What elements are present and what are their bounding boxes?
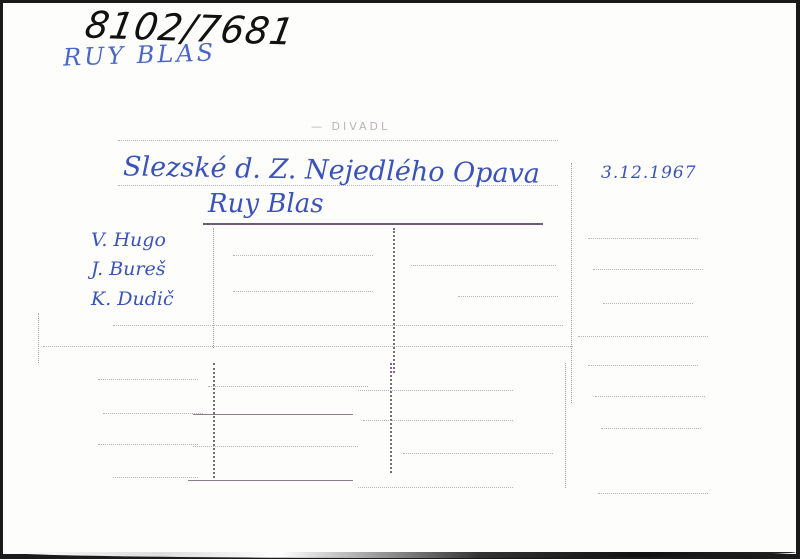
form-rule bbox=[363, 420, 513, 421]
form-rule bbox=[208, 386, 368, 387]
pencil-title: RUY BLAS bbox=[63, 38, 217, 71]
form-rule bbox=[43, 346, 573, 347]
form-rule bbox=[233, 255, 373, 256]
form-rule bbox=[98, 444, 198, 445]
form-column-rule bbox=[390, 363, 392, 473]
printed-form-header: — DIVADL bbox=[181, 120, 390, 133]
form-rule bbox=[203, 223, 543, 225]
form-rule bbox=[593, 269, 703, 270]
form-rule bbox=[98, 379, 198, 380]
form-rule bbox=[118, 140, 558, 141]
form-column-rule bbox=[38, 313, 39, 363]
form-column-rule bbox=[213, 228, 214, 348]
form-rule bbox=[403, 453, 553, 454]
form-rule bbox=[113, 325, 563, 326]
premiere-date: 3.12.1967 bbox=[601, 163, 697, 183]
form-rule bbox=[358, 487, 513, 488]
printed-header-text: — DIVADL bbox=[311, 120, 390, 133]
credit-director: J. Bureš bbox=[91, 258, 166, 280]
play-title: Ruy Blas bbox=[208, 189, 324, 219]
form-rule bbox=[588, 238, 698, 239]
form-rule bbox=[193, 446, 358, 447]
form-column-rule bbox=[565, 363, 566, 488]
form-rule bbox=[458, 296, 558, 297]
form-rule bbox=[188, 480, 353, 481]
form-rule bbox=[603, 303, 693, 304]
credit-author: V. Hugo bbox=[91, 229, 166, 251]
form-rule bbox=[358, 390, 513, 391]
form-rule bbox=[193, 414, 353, 415]
credit-designer: K. Dudič bbox=[91, 288, 174, 310]
form-rule bbox=[113, 477, 198, 478]
form-rule bbox=[598, 493, 708, 494]
form-rule bbox=[601, 428, 701, 429]
form-rule bbox=[588, 365, 698, 366]
form-rule bbox=[411, 265, 556, 266]
form-column-rule bbox=[213, 363, 215, 478]
form-rule bbox=[578, 336, 708, 337]
theatre-name: Slezské d. Z. Nejedlého Opava bbox=[123, 151, 540, 189]
form-column-rule bbox=[571, 163, 572, 403]
form-rule bbox=[103, 413, 203, 414]
archive-card: 8102/7681 RUY BLAS — DIVADL Slezské d. Z… bbox=[3, 3, 796, 554]
form-column-rule bbox=[393, 228, 395, 373]
form-rule bbox=[595, 396, 705, 397]
form-rule bbox=[233, 291, 373, 292]
